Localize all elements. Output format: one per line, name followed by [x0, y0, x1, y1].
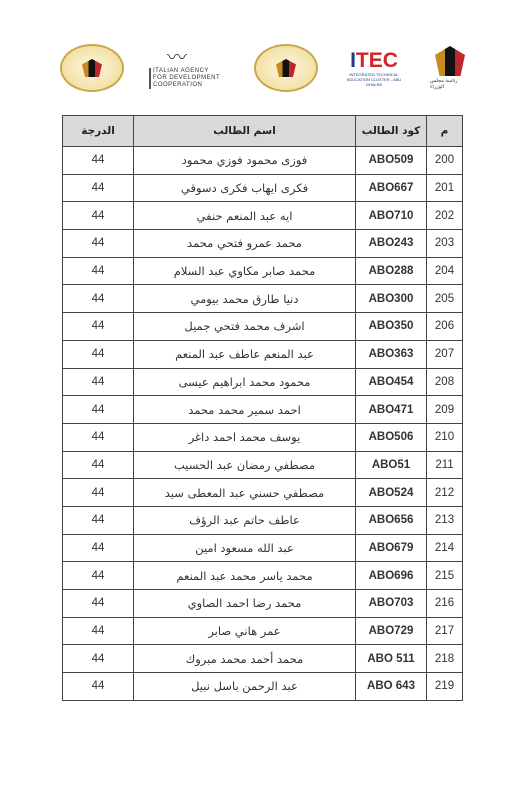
logo-ministry-international-cooperation — [254, 44, 318, 92]
serial-number-cell: 215 — [427, 562, 463, 590]
table-row: 44عبد الله مسعود امينABO679214 — [63, 534, 463, 562]
student-name-cell: عمر هاني صابر — [134, 617, 356, 645]
serial-number-cell: 204 — [427, 257, 463, 285]
student-name-cell: مصطفي رمضان عبد الحسيب — [134, 451, 356, 479]
serial-number-cell: 213 — [427, 506, 463, 534]
table-row: 44دنيا طارق محمد بيوميABO300205 — [63, 285, 463, 313]
serial-number-cell: 212 — [427, 479, 463, 507]
serial-number-cell: 214 — [427, 534, 463, 562]
student-name-cell: فوزى محمود فوزي محمود — [134, 147, 356, 175]
grade-cell: 44 — [63, 257, 134, 285]
student-code-cell: ABO703 — [356, 590, 427, 618]
serial-number-cell: 200 — [427, 147, 463, 175]
serial-number-cell: 202 — [427, 202, 463, 230]
table-row: 44محمد ياسر محمد عبد المنعمABO696215 — [63, 562, 463, 590]
student-code-cell: ABO506 — [356, 423, 427, 451]
table-row: 44محمد عمرو فتحي محمدABO243203 — [63, 230, 463, 258]
grade-cell: 44 — [63, 534, 134, 562]
table-row: 44عمر هاني صابرABO729217 — [63, 617, 463, 645]
eagle-emblem-icon — [276, 59, 296, 77]
grade-cell: 44 — [63, 423, 134, 451]
student-code-cell: ABO 643 — [356, 673, 427, 701]
grade-cell: 44 — [63, 174, 134, 202]
student-grades-table: الدرجة اسم الطالب كود الطالب م 44فوزى مح… — [62, 115, 463, 701]
table-row: 44عاطف حاتم عبد الرؤفABO656213 — [63, 506, 463, 534]
table-row: 44محمود محمد ابراهيم عيسىABO454208 — [63, 368, 463, 396]
student-name-cell: ايه عبد المنعم حنفي — [134, 202, 356, 230]
student-name-cell: عبد المنعم عاطف عبد المنعم — [134, 340, 356, 368]
header-serial-number: م — [427, 116, 463, 147]
logo-strip: 〰 ITALIAN AGENCY FOR DEVELOPMENT COOPERA… — [60, 38, 470, 98]
table-row: 44عبد الرحمن باسل نبيلABO 643219 — [63, 673, 463, 701]
dove-icon: 〰 — [167, 48, 187, 68]
serial-number-cell: 207 — [427, 340, 463, 368]
student-name-cell: احمد سمير محمد محمد — [134, 396, 356, 424]
grade-cell: 44 — [63, 590, 134, 618]
serial-number-cell: 219 — [427, 673, 463, 701]
table-row: 44ايه عبد المنعم حنفيABO710202 — [63, 202, 463, 230]
table-row: 44احمد سمير محمد محمدABO471209 — [63, 396, 463, 424]
student-name-cell: عبد الله مسعود امين — [134, 534, 356, 562]
grade-cell: 44 — [63, 617, 134, 645]
student-code-cell: ABO667 — [356, 174, 427, 202]
serial-number-cell: 201 — [427, 174, 463, 202]
grade-cell: 44 — [63, 368, 134, 396]
serial-number-cell: 217 — [427, 617, 463, 645]
student-name-cell: محمد ياسر محمد عبد المنعم — [134, 562, 356, 590]
student-name-cell: عاطف حاتم عبد الرؤف — [134, 506, 356, 534]
serial-number-cell: 209 — [427, 396, 463, 424]
student-name-cell: محمد صابر مكاوي عبد السلام — [134, 257, 356, 285]
student-name-cell: محمود محمد ابراهيم عيسى — [134, 368, 356, 396]
cabinet-caption: رئاسة مجلس الوزراء — [430, 78, 470, 90]
table-header-row: الدرجة اسم الطالب كود الطالب م — [63, 116, 463, 147]
grade-cell: 44 — [63, 673, 134, 701]
logo-ministry-seal-left — [60, 44, 124, 92]
serial-number-cell: 210 — [427, 423, 463, 451]
grade-cell: 44 — [63, 396, 134, 424]
grade-cell: 44 — [63, 451, 134, 479]
logo-egypt-cabinet: رئاسة مجلس الوزراء — [430, 46, 470, 90]
student-code-cell: ABO656 — [356, 506, 427, 534]
grade-cell: 44 — [63, 147, 134, 175]
serial-number-cell: 208 — [427, 368, 463, 396]
table-row: 44مصطفي حسني عبد المعطى سيدABO524212 — [63, 479, 463, 507]
serial-number-cell: 216 — [427, 590, 463, 618]
serial-number-cell: 203 — [427, 230, 463, 258]
student-code-cell: ABO51 — [356, 451, 427, 479]
student-code-cell: ABO729 — [356, 617, 427, 645]
seal-icon — [254, 44, 318, 92]
student-code-cell: ABO243 — [356, 230, 427, 258]
student-name-cell: محمد أحمد محمد مبروك — [134, 645, 356, 673]
eagle-emblem-icon — [82, 59, 102, 77]
table-row: 44محمد صابر مكاوي عبد السلامABO288204 — [63, 257, 463, 285]
seal-icon — [60, 44, 124, 92]
student-name-cell: يوسف محمد احمد داغر — [134, 423, 356, 451]
table-row: 44محمد أحمد محمد مبروكABO 511218 — [63, 645, 463, 673]
student-code-cell: ABO288 — [356, 257, 427, 285]
grade-cell: 44 — [63, 202, 134, 230]
student-code-cell: ABO 511 — [356, 645, 427, 673]
student-name-cell: فكرى ايهاب فكرى دسوقي — [134, 174, 356, 202]
header-student-name: اسم الطالب — [134, 116, 356, 147]
table-row: 44محمد رضا احمد الصاويABO703216 — [63, 590, 463, 618]
table-row: 44فكرى ايهاب فكرى دسوقيABO667201 — [63, 174, 463, 202]
table-row: 44اشرف محمد فتحي جميلABO350206 — [63, 313, 463, 341]
student-code-cell: ABO679 — [356, 534, 427, 562]
student-code-cell: ABO696 — [356, 562, 427, 590]
table-row: 44مصطفي رمضان عبد الحسيبABO51211 — [63, 451, 463, 479]
student-name-cell: اشرف محمد فتحي جميل — [134, 313, 356, 341]
itec-subtitle: INTEGRATED TECHNICAL EDUCATION CLUSTER -… — [343, 72, 405, 87]
header-student-code: كود الطالب — [356, 116, 427, 147]
serial-number-cell: 218 — [427, 645, 463, 673]
student-name-cell: دنيا طارق محمد بيومي — [134, 285, 356, 313]
student-code-cell: ABO509 — [356, 147, 427, 175]
grade-cell: 44 — [63, 313, 134, 341]
student-name-cell: مصطفي حسني عبد المعطى سيد — [134, 479, 356, 507]
student-name-cell: عبد الرحمن باسل نبيل — [134, 673, 356, 701]
student-name-cell: محمد رضا احمد الصاوي — [134, 590, 356, 618]
egypt-eagle-icon — [435, 46, 465, 76]
table-row: 44عبد المنعم عاطف عبد المنعمABO363207 — [63, 340, 463, 368]
grade-cell: 44 — [63, 479, 134, 507]
student-code-cell: ABO363 — [356, 340, 427, 368]
serial-number-cell: 206 — [427, 313, 463, 341]
student-code-cell: ABO471 — [356, 396, 427, 424]
table-row: 44يوسف محمد احمد داغرABO506210 — [63, 423, 463, 451]
table-row: 44فوزى محمود فوزي محمودABO509200 — [63, 147, 463, 175]
grade-cell: 44 — [63, 340, 134, 368]
grade-cell: 44 — [63, 645, 134, 673]
logo-itec: ITEC INTEGRATED TECHNICAL EDUCATION CLUS… — [343, 50, 405, 87]
student-name-cell: محمد عمرو فتحي محمد — [134, 230, 356, 258]
student-code-cell: ABO524 — [356, 479, 427, 507]
header-grade: الدرجة — [63, 116, 134, 147]
grade-cell: 44 — [63, 285, 134, 313]
italian-agency-text: ITALIAN AGENCY FOR DEVELOPMENT COOPERATI… — [149, 68, 220, 89]
student-code-cell: ABO710 — [356, 202, 427, 230]
grade-cell: 44 — [63, 562, 134, 590]
serial-number-cell: 205 — [427, 285, 463, 313]
itec-brand: ITEC — [350, 50, 398, 72]
grade-cell: 44 — [63, 230, 134, 258]
student-code-cell: ABO300 — [356, 285, 427, 313]
serial-number-cell: 211 — [427, 451, 463, 479]
logo-italian-agency: 〰 ITALIAN AGENCY FOR DEVELOPMENT COOPERA… — [149, 48, 229, 89]
grade-cell: 44 — [63, 506, 134, 534]
student-code-cell: ABO350 — [356, 313, 427, 341]
student-code-cell: ABO454 — [356, 368, 427, 396]
